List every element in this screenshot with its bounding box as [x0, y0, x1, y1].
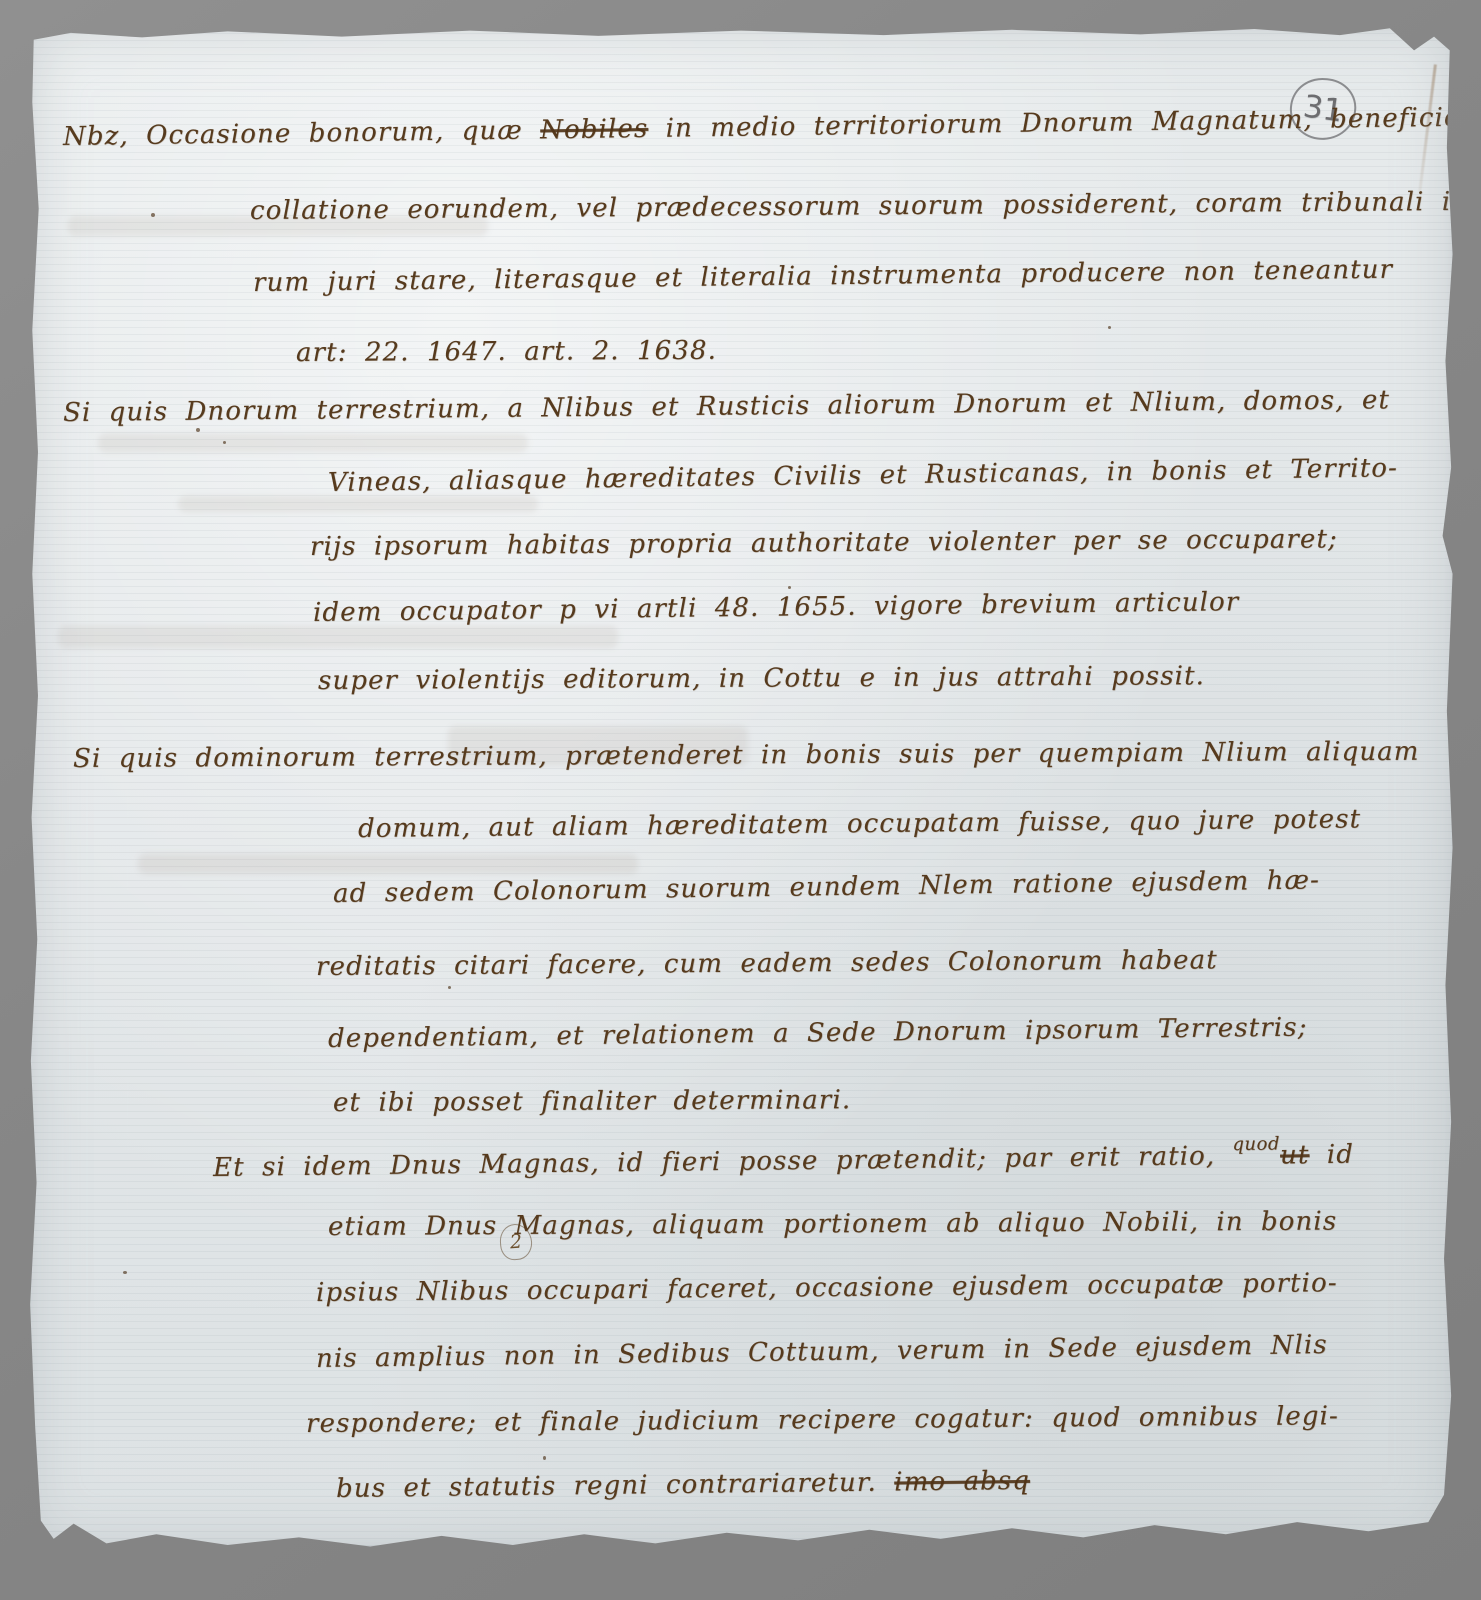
- manuscript-line: rum juri stare, literasque et literalia …: [253, 255, 1393, 298]
- handwritten-text: Si quis dominorum terrestrium, prætender…: [73, 737, 1420, 774]
- manuscript-line: dependentiam, et relationem a Sede Dnoru…: [328, 1013, 1308, 1054]
- handwritten-text: rum juri stare, literasque et literalia …: [253, 255, 1393, 298]
- manuscript-line: reditatis citari facere, cum eadem sedes…: [316, 945, 1218, 982]
- manuscript-line: ipsius Nlibus occupari faceret, occasion…: [316, 1268, 1338, 1308]
- manuscript-line: Nbz, Occasione bonorum, quæ Nobiles in m…: [63, 102, 1481, 152]
- manuscript-text: Nbz, Occasione bonorum, quæ Nobiles in m…: [28, 26, 1454, 1548]
- handwritten-text: rijs ipsorum habitas propria authoritate…: [310, 524, 1338, 562]
- handwritten-text: super violentijs editorum, in Cottu e in…: [318, 661, 1205, 696]
- handwritten-text: idem occupator p vi artli 48. 1655. vigo…: [313, 587, 1240, 628]
- manuscript-line: nis amplius non in Sedibus Cottuum, veru…: [316, 1330, 1328, 1374]
- manuscript-page: 31 2 Nbz, Occasione bonorum, quæ Nobiles…: [28, 26, 1454, 1548]
- handwritten-text: et ibi posset finaliter determinari.: [333, 1085, 851, 1118]
- handwritten-text: Nbz, Occasione bonorum, quæ: [63, 115, 541, 152]
- struck-text: ut: [1280, 1140, 1310, 1170]
- manuscript-line: Si quis dominorum terrestrium, prætender…: [73, 737, 1420, 774]
- handwritten-text: collatione eorundem, vel prædecessorum s…: [250, 187, 1481, 226]
- handwritten-text: ipsius Nlibus occupari faceret, occasion…: [316, 1268, 1338, 1308]
- handwritten-text: art: 22. 1647. art. 2. 1638.: [296, 336, 717, 368]
- manuscript-line: respondere; et finale judicium recipere …: [306, 1401, 1339, 1439]
- manuscript-line: bus et statutis regni contrariaretur. im…: [336, 1466, 1030, 1504]
- handwritten-text: in medio territoriorum Dnorum Magnatum, …: [648, 102, 1481, 144]
- handwritten-text: domum, aut aliam hæreditatem occupatam f…: [358, 804, 1361, 844]
- handwritten-text: bus et statutis regni contrariaretur.: [336, 1467, 895, 1504]
- manuscript-line: collatione eorundem, vel prædecessorum s…: [250, 187, 1481, 226]
- manuscript-line: Si quis Dnorum terrestrium, a Nlibus et …: [63, 385, 1390, 428]
- manuscript-line: Vineas, aliasque hæreditates Civilis et …: [328, 453, 1398, 498]
- manuscript-line: idem occupator p vi artli 48. 1655. vigo…: [313, 587, 1240, 628]
- struck-text: Nobiles: [540, 114, 649, 145]
- scanner-background: { "document": { "kind": "handwritten man…: [0, 0, 1481, 1600]
- manuscript-line: Et si idem Dnus Magnas, id fieri posse p…: [213, 1133, 1354, 1183]
- struck-text: imo absq: [894, 1466, 1030, 1498]
- manuscript-line: domum, aut aliam hæreditatem occupatam f…: [358, 804, 1361, 844]
- manuscript-line: rijs ipsorum habitas propria authoritate…: [310, 524, 1338, 562]
- handwritten-text: dependentiam, et relationem a Sede Dnoru…: [328, 1013, 1308, 1054]
- manuscript-line: ad sedem Colonorum suorum eundem Nlem ra…: [333, 865, 1320, 909]
- handwritten-text: etiam Dnus Magnas, aliquam portionem ab …: [328, 1207, 1337, 1242]
- handwritten-text: Et si idem Dnus Magnas, id fieri posse p…: [213, 1141, 1233, 1183]
- handwritten-text: Si quis Dnorum terrestrium, a Nlibus et …: [63, 385, 1390, 428]
- handwritten-text: ad sedem Colonorum suorum eundem Nlem ra…: [333, 865, 1320, 909]
- manuscript-line: etiam Dnus Magnas, aliquam portionem ab …: [328, 1207, 1337, 1242]
- manuscript-line: et ibi posset finaliter determinari.: [333, 1085, 851, 1118]
- handwritten-text: nis amplius non in Sedibus Cottuum, veru…: [316, 1330, 1328, 1374]
- manuscript-line: art: 22. 1647. art. 2. 1638.: [296, 336, 717, 368]
- manuscript-line: super violentijs editorum, in Cottu e in…: [318, 661, 1205, 696]
- handwritten-text: id: [1309, 1140, 1354, 1171]
- handwritten-text: reditatis citari facere, cum eadem sedes…: [316, 945, 1218, 982]
- handwritten-text: respondere; et finale judicium recipere …: [306, 1401, 1339, 1439]
- handwritten-text: Vineas, aliasque hæreditates Civilis et …: [328, 453, 1398, 498]
- superscript-insertion: quod: [1232, 1134, 1280, 1156]
